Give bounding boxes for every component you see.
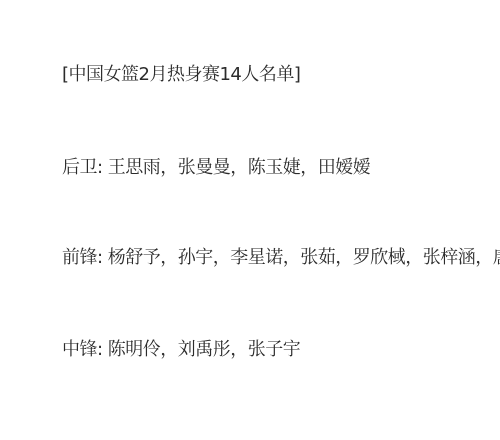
forwards-player-list: 杨舒予，孙宇，李星诺，张茹，罗欣棫，张梓涵，唐子婷 (108, 247, 500, 268)
centers-row: 中锋: 陈明伶，刘禹彤，张子宇 (62, 338, 300, 362)
guards-player-list: 王思雨，张曼曼，陈玉婕，田嫒嫒 (108, 157, 371, 178)
position-label-centers: 中锋 (62, 339, 97, 360)
centers-player-list: 陈明伶，刘禹彤，张子宇 (108, 339, 301, 360)
position-label-guards: 后卫 (62, 157, 97, 178)
forwards-row: 前锋: 杨舒予，孙宇，李星诺，张茹，罗欣棫，张梓涵，唐子婷 (62, 246, 500, 270)
label-separator: : (97, 157, 108, 178)
label-separator: : (97, 339, 108, 360)
label-separator: : (97, 247, 108, 268)
guards-row: 后卫: 王思雨，张曼曼，陈玉婕，田嫒嫒 (62, 156, 370, 180)
position-label-forwards: 前锋 (62, 247, 97, 268)
roster-title: [中国女篮2月热身赛14人名单] (62, 63, 300, 87)
